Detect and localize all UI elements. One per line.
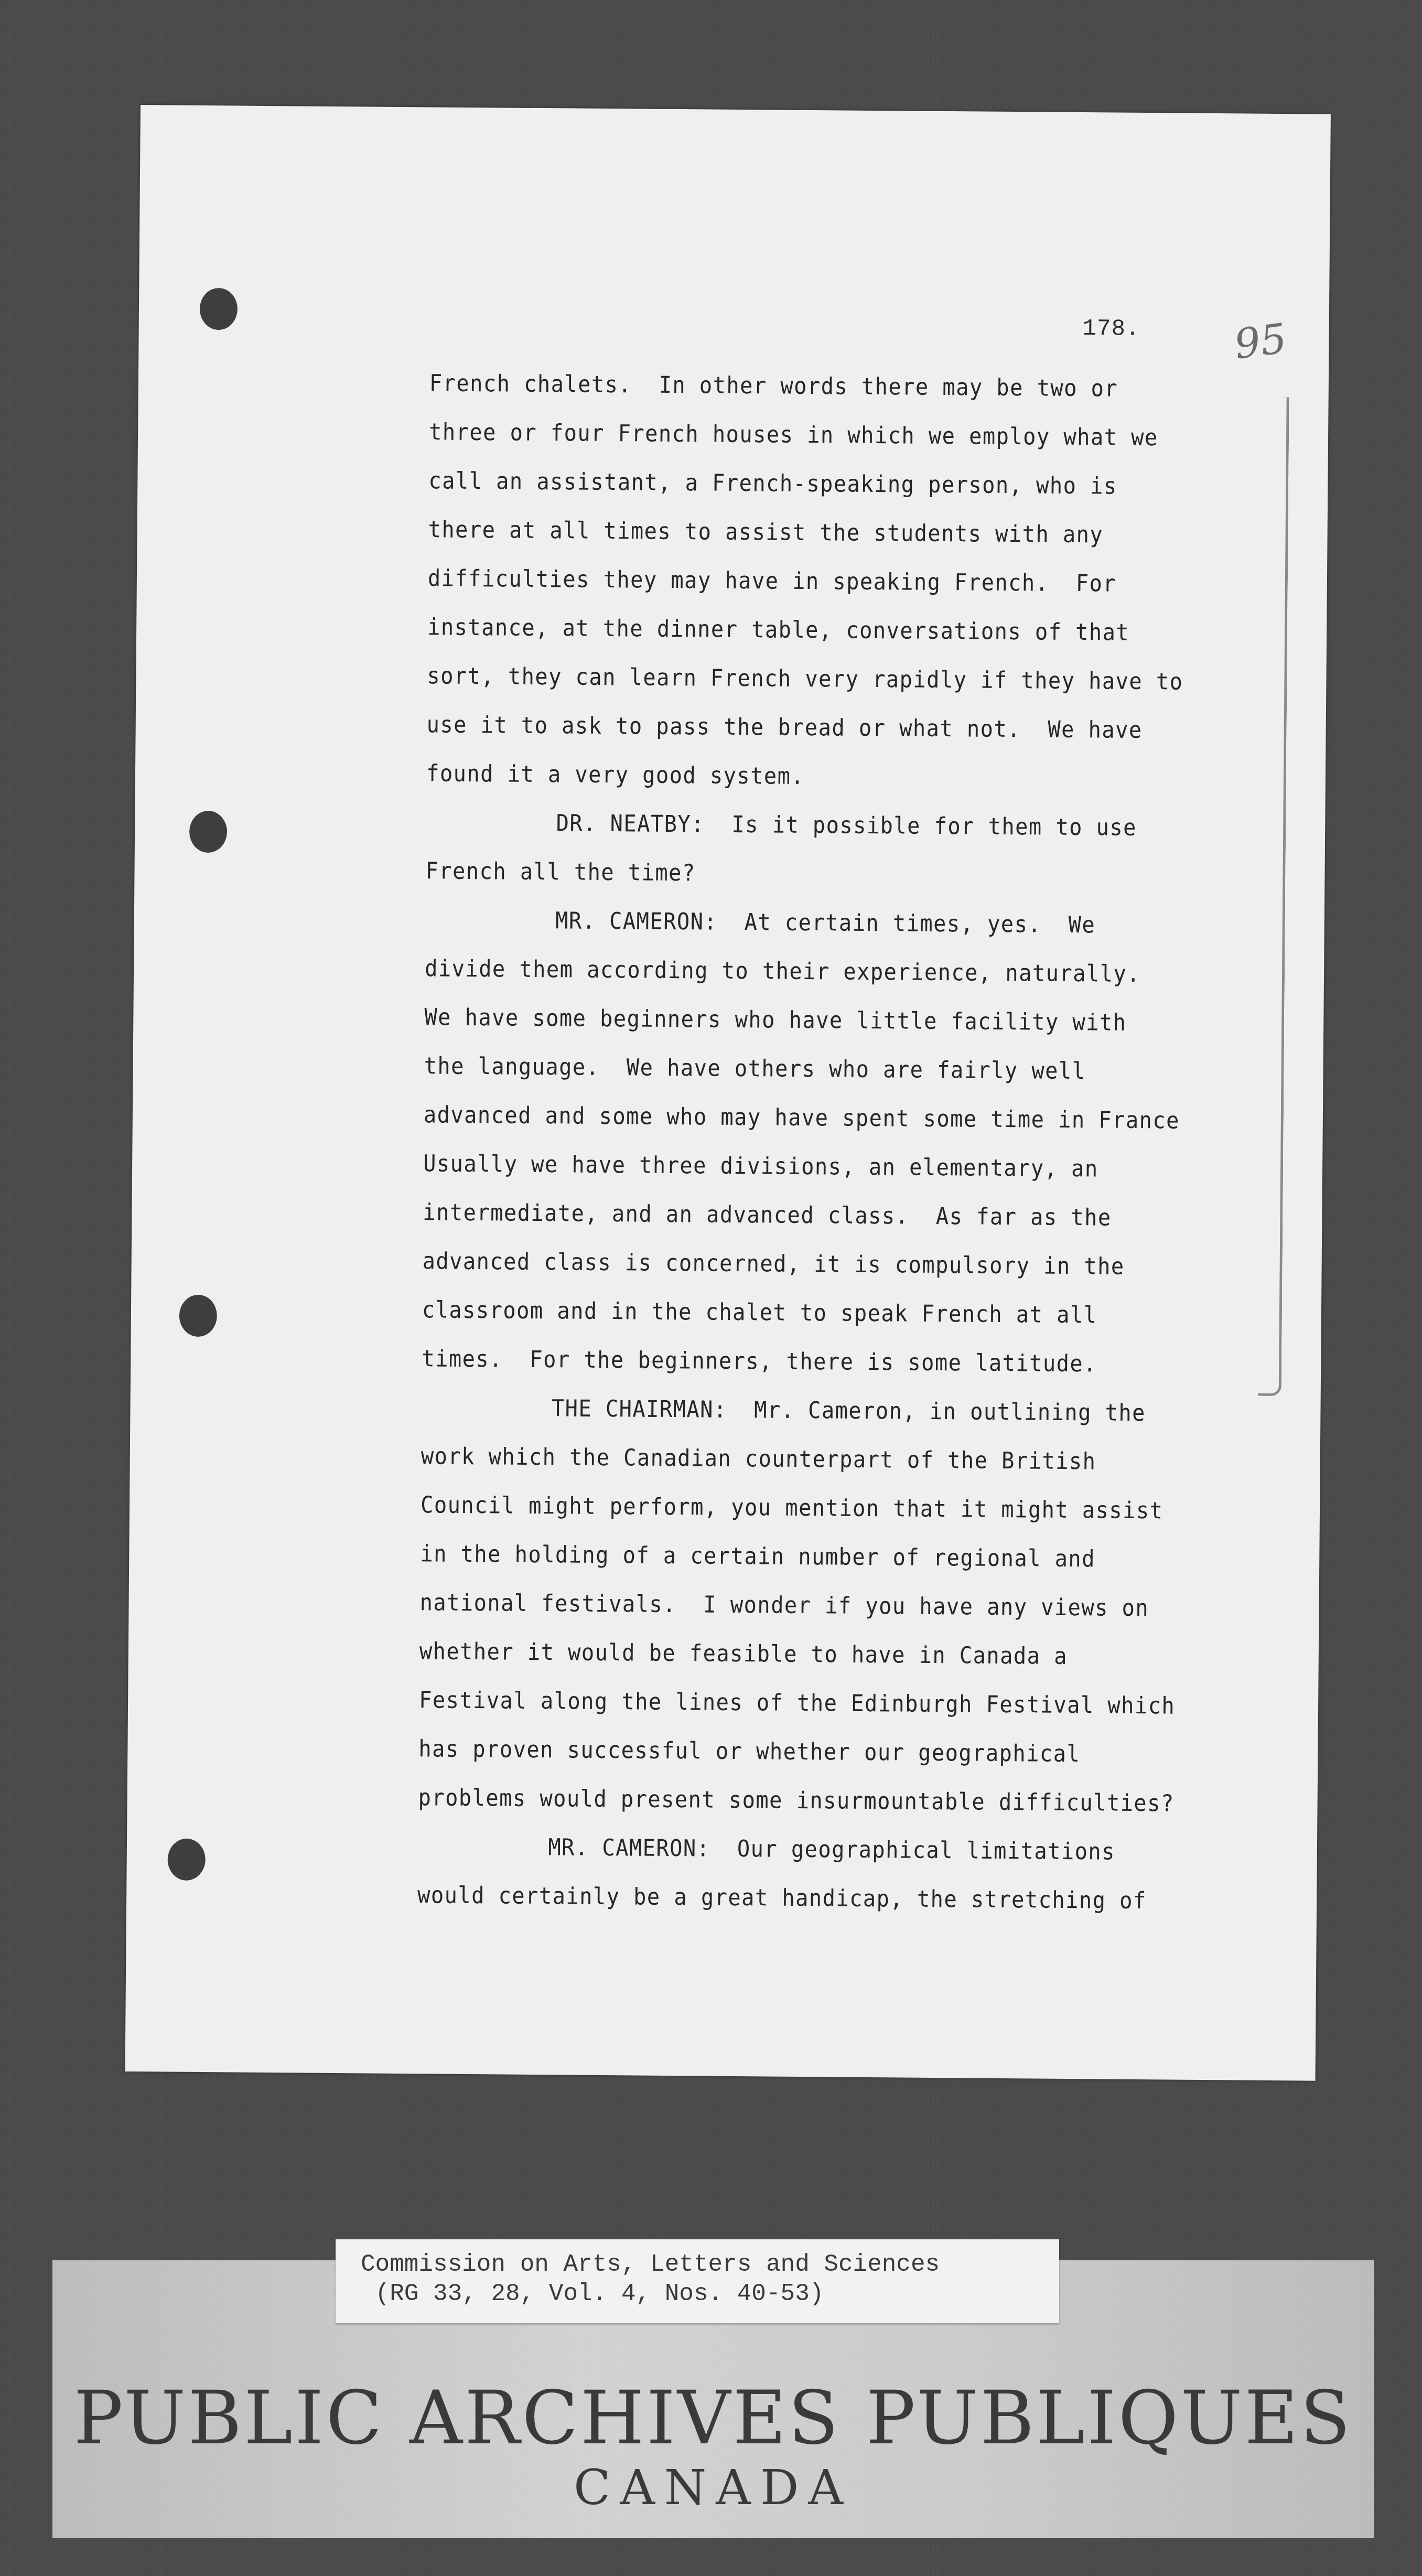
text-line: difficulties they may have in speaking F… (428, 554, 1200, 609)
text-line: sort, they can learn French very rapidly… (427, 651, 1199, 706)
text-line: DR. NEATBY: Is it possible for them to u… (426, 798, 1198, 853)
text-line: times. For the beginners, there is some … (422, 1334, 1194, 1389)
text-line: Council might perform, you mention that … (421, 1480, 1193, 1536)
text-line: national festivals. I wonder if you have… (419, 1578, 1192, 1633)
text-line: MR. CAMERON: Our geographical limitation… (418, 1822, 1190, 1877)
text-line: advanced class is concerned, it is compu… (422, 1237, 1194, 1292)
text-line: would certainly be a great handicap, the… (417, 1871, 1190, 1926)
text-line: call an assistant, a French-speaking per… (428, 456, 1201, 511)
text-line: in the holding of a certain number of re… (420, 1529, 1192, 1584)
text-line: three or four French houses in which we … (429, 407, 1201, 463)
page-number: 178. (1083, 316, 1140, 342)
margin-bracket-mark (1258, 397, 1289, 1396)
text-line: whether it would be feasible to have in … (419, 1627, 1191, 1682)
text-line: French all the time? (425, 846, 1198, 901)
text-line: divide them according to their experienc… (425, 944, 1197, 999)
text-line: problems would present some insurmountab… (418, 1773, 1190, 1828)
punch-hole (167, 1839, 206, 1881)
text-line: THE CHAIRMAN: Mr. Cameron, in outlining … (421, 1383, 1193, 1438)
punch-hole (189, 811, 228, 853)
text-line: We have some beginners who have little f… (424, 993, 1197, 1048)
text-line: Usually we have three divisions, an elem… (423, 1139, 1195, 1194)
text-line: use it to ask to pass the bread or what … (426, 700, 1199, 755)
text-line: found it a very good system. (426, 749, 1199, 804)
archive-label-card: Commission on Arts, Letters and Sciences… (336, 2239, 1059, 2323)
handwritten-folio-number: 95 (1232, 315, 1289, 369)
punch-hole (200, 288, 238, 330)
text-line: there at all times to assist the student… (428, 505, 1200, 560)
archive-banner-subtitle: CANADA (52, 2460, 1374, 2516)
text-line: French chalets. In other words there may… (429, 359, 1201, 414)
text-line: intermediate, and an advanced class. As … (423, 1188, 1195, 1243)
transcript-body: French chalets. In other words there may… (417, 359, 1201, 1925)
text-line: instance, at the dinner table, conversat… (427, 603, 1200, 658)
punch-hole (179, 1295, 218, 1337)
text-line: has proven successful or whether our geo… (418, 1724, 1191, 1779)
text-line: advanced and some who may have spent som… (424, 1090, 1196, 1145)
label-reference: (RG 33, 28, Vol. 4, Nos. 40-53) (361, 2280, 824, 2307)
label-collection-title: Commission on Arts, Letters and Sciences (361, 2251, 940, 2278)
text-line: classroom and in the chalet to speak Fre… (422, 1285, 1194, 1340)
archive-banner-title: PUBLIC ARCHIVES PUBLIQUES (52, 2376, 1374, 2461)
document-page: 178. 95 French chalets. In other words t… (125, 105, 1331, 2081)
text-line: the language. We have others who are fai… (424, 1042, 1196, 1097)
text-line: MR. CAMERON: At certain times, yes. We (425, 895, 1197, 950)
text-line: work which the Canadian counterpart of t… (421, 1432, 1193, 1487)
text-line: Festival along the lines of the Edinburg… (419, 1676, 1191, 1731)
